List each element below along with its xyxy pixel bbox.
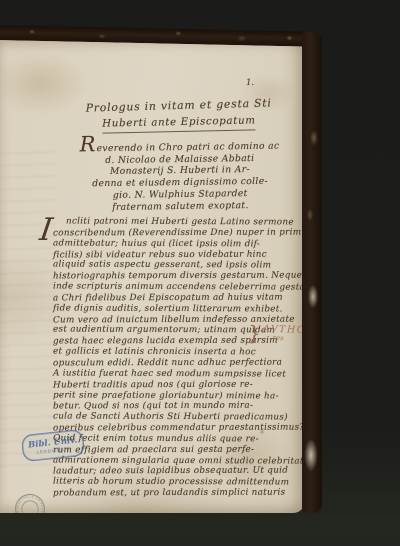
marginal-note-authores: } AVTHO res [248,323,305,345]
body-line: Huberti traditis apud nos (qui gloriose … [53,379,305,391]
round-stamp-ring-text: BIBLIOTHECA UNIVERSITATIS LEODIENSIS [7,486,48,513]
body-line: probandum est, ut pro laudandis simplici… [53,488,305,500]
svg-text:BIBLIOTHECA UNIVERSITATIS LEOD: BIBLIOTHECA UNIVERSITATIS LEODIENSIS [7,486,48,513]
margin-brace: } [248,323,261,343]
folio-number: 1. [246,78,254,88]
dedication-line: Reverendo in Chro patri ac domino ac [70,137,288,155]
body-line: conscribendum (Reverendissime Dne) nuper… [53,227,305,239]
body-line: opusculum edidi. Reddit nunc adhuc perfe… [53,358,305,370]
body-line: Quid fecit enim totus mundus aliis quae … [53,433,305,445]
dedication-block: Reverendo in Chro patri ac domino ac d. … [70,137,289,213]
round-stamp-graphic: BIBLIOTHECA UNIVERSITATIS LEODIENSIS [7,486,52,513]
library-round-stamp: BIBLIOTHECA UNIVERSITATIS LEODIENSIS [7,486,52,513]
body-line: operibus celebribus commendatur praestan… [53,423,305,435]
body-line: A iustitia fuerat haec sed modum sumpsis… [53,368,305,380]
dedication-line: fraternam salutem exoptat. [71,199,289,214]
body-line: inde scripturis animum accendens celeber… [53,282,305,294]
body-line: rum effigiem ad praeclara sui gesta perf… [53,444,305,456]
book-binding-right-edge [302,32,322,513]
body-line: ncliti patroni mei Huberti gesta Latino … [66,216,305,228]
title-line-2: Huberti ante Episcopatum [102,114,256,133]
prologue-title: Prologus in vitam et gesta Sti Huberti a… [58,96,301,136]
manuscript-page: 1. Prologus in vitam et gesta Sti Hubert… [0,36,305,513]
scan-background: 1. Prologus in vitam et gesta Sti Hubert… [0,0,400,546]
ink-showthrough [0,146,56,476]
body-line: a Chri fidelibus Dei Episcopatum ad huiu… [53,292,305,304]
body-line: admittebatur; huius qui (licet ipsis oli… [53,238,305,250]
body-text-block: ncliti patroni mei Huberti gesta Latino … [53,217,305,499]
body-line: fide dignis auditis, solertium litteraru… [53,303,305,315]
